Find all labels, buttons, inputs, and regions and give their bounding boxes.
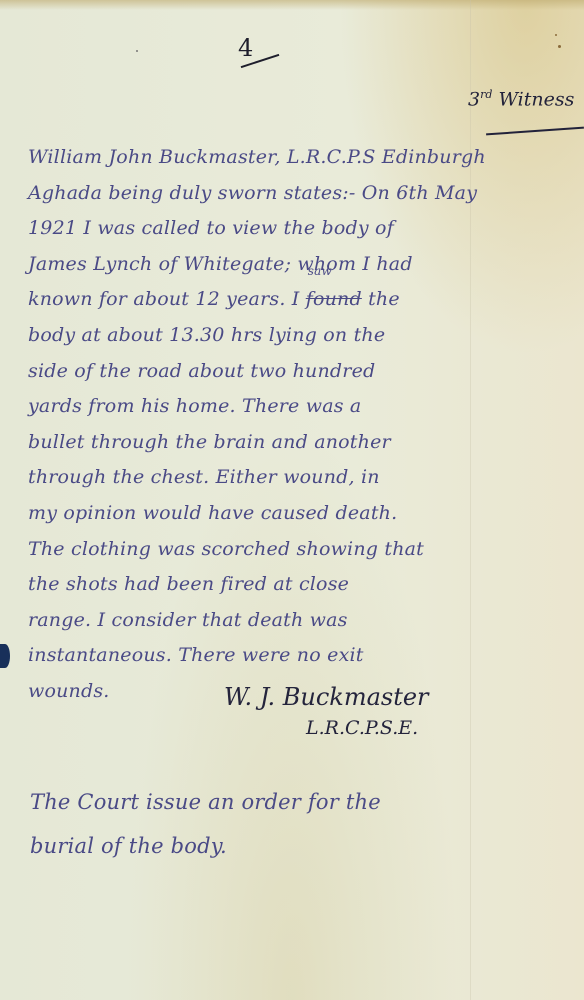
paper-speck bbox=[558, 45, 561, 48]
struck-word: found bbox=[306, 288, 362, 310]
statement-line: instantaneous. There were no exit bbox=[28, 638, 468, 674]
ink-blot bbox=[0, 644, 10, 668]
statement-line: bullet through the brain and another bbox=[28, 425, 468, 461]
statement-line: yards from his home. There was a bbox=[28, 389, 468, 425]
inserted-word: saw bbox=[308, 265, 332, 277]
witness-number: 3 bbox=[468, 88, 480, 110]
court-order: The Court issue an order for the burial … bbox=[30, 780, 470, 868]
document-page: 4 3rd Witness William John Buckmaster, L… bbox=[0, 0, 584, 1000]
witness-label: 3rd Witness bbox=[468, 88, 574, 110]
page-number: 4 bbox=[238, 34, 253, 62]
paper-speck bbox=[136, 50, 138, 52]
witness-ordinal-suffix: rd bbox=[480, 88, 492, 101]
statement-line: James Lynch of Whitegate; whom I had bbox=[28, 247, 468, 283]
statement-line: side of the road about two hundred bbox=[28, 354, 468, 390]
statement-line: 1921 I was called to view the body of bbox=[28, 211, 468, 247]
statement-line: William John Buckmaster, L.R.C.P.S Edinb… bbox=[28, 140, 468, 176]
paper-speck bbox=[555, 34, 557, 36]
page-edge-shadow bbox=[0, 0, 584, 10]
statement-line: Aghada being duly sworn states:- On 6th … bbox=[28, 176, 468, 212]
statement-line: my opinion would have caused death. bbox=[28, 496, 468, 532]
correction: sawfound bbox=[306, 282, 362, 318]
statement-line: range. I consider that death was bbox=[28, 603, 468, 639]
statement-line: body at about 13.30 hrs lying on the bbox=[28, 318, 468, 354]
statement-line: through the chest. Either wound, in bbox=[28, 460, 468, 496]
court-order-line: burial of the body. bbox=[30, 824, 470, 868]
statement-line: the shots had been fired at close bbox=[28, 567, 468, 603]
statement-line-with-correction: known for about 12 years. I sawfound the bbox=[28, 282, 468, 318]
line-text: known for about 12 years. I bbox=[28, 288, 306, 310]
signature: W. J. Buckmaster bbox=[224, 683, 429, 711]
signature-qualification: L.R.C.P.S.E. bbox=[306, 717, 418, 739]
court-order-line: The Court issue an order for the bbox=[30, 780, 470, 824]
witness-statement: William John Buckmaster, L.R.C.P.S Edinb… bbox=[28, 140, 468, 710]
statement-line: The clothing was scorched showing that bbox=[28, 532, 468, 568]
line-text: the bbox=[362, 288, 400, 310]
witness-underline bbox=[486, 127, 584, 136]
witness-text: Witness bbox=[498, 88, 574, 110]
